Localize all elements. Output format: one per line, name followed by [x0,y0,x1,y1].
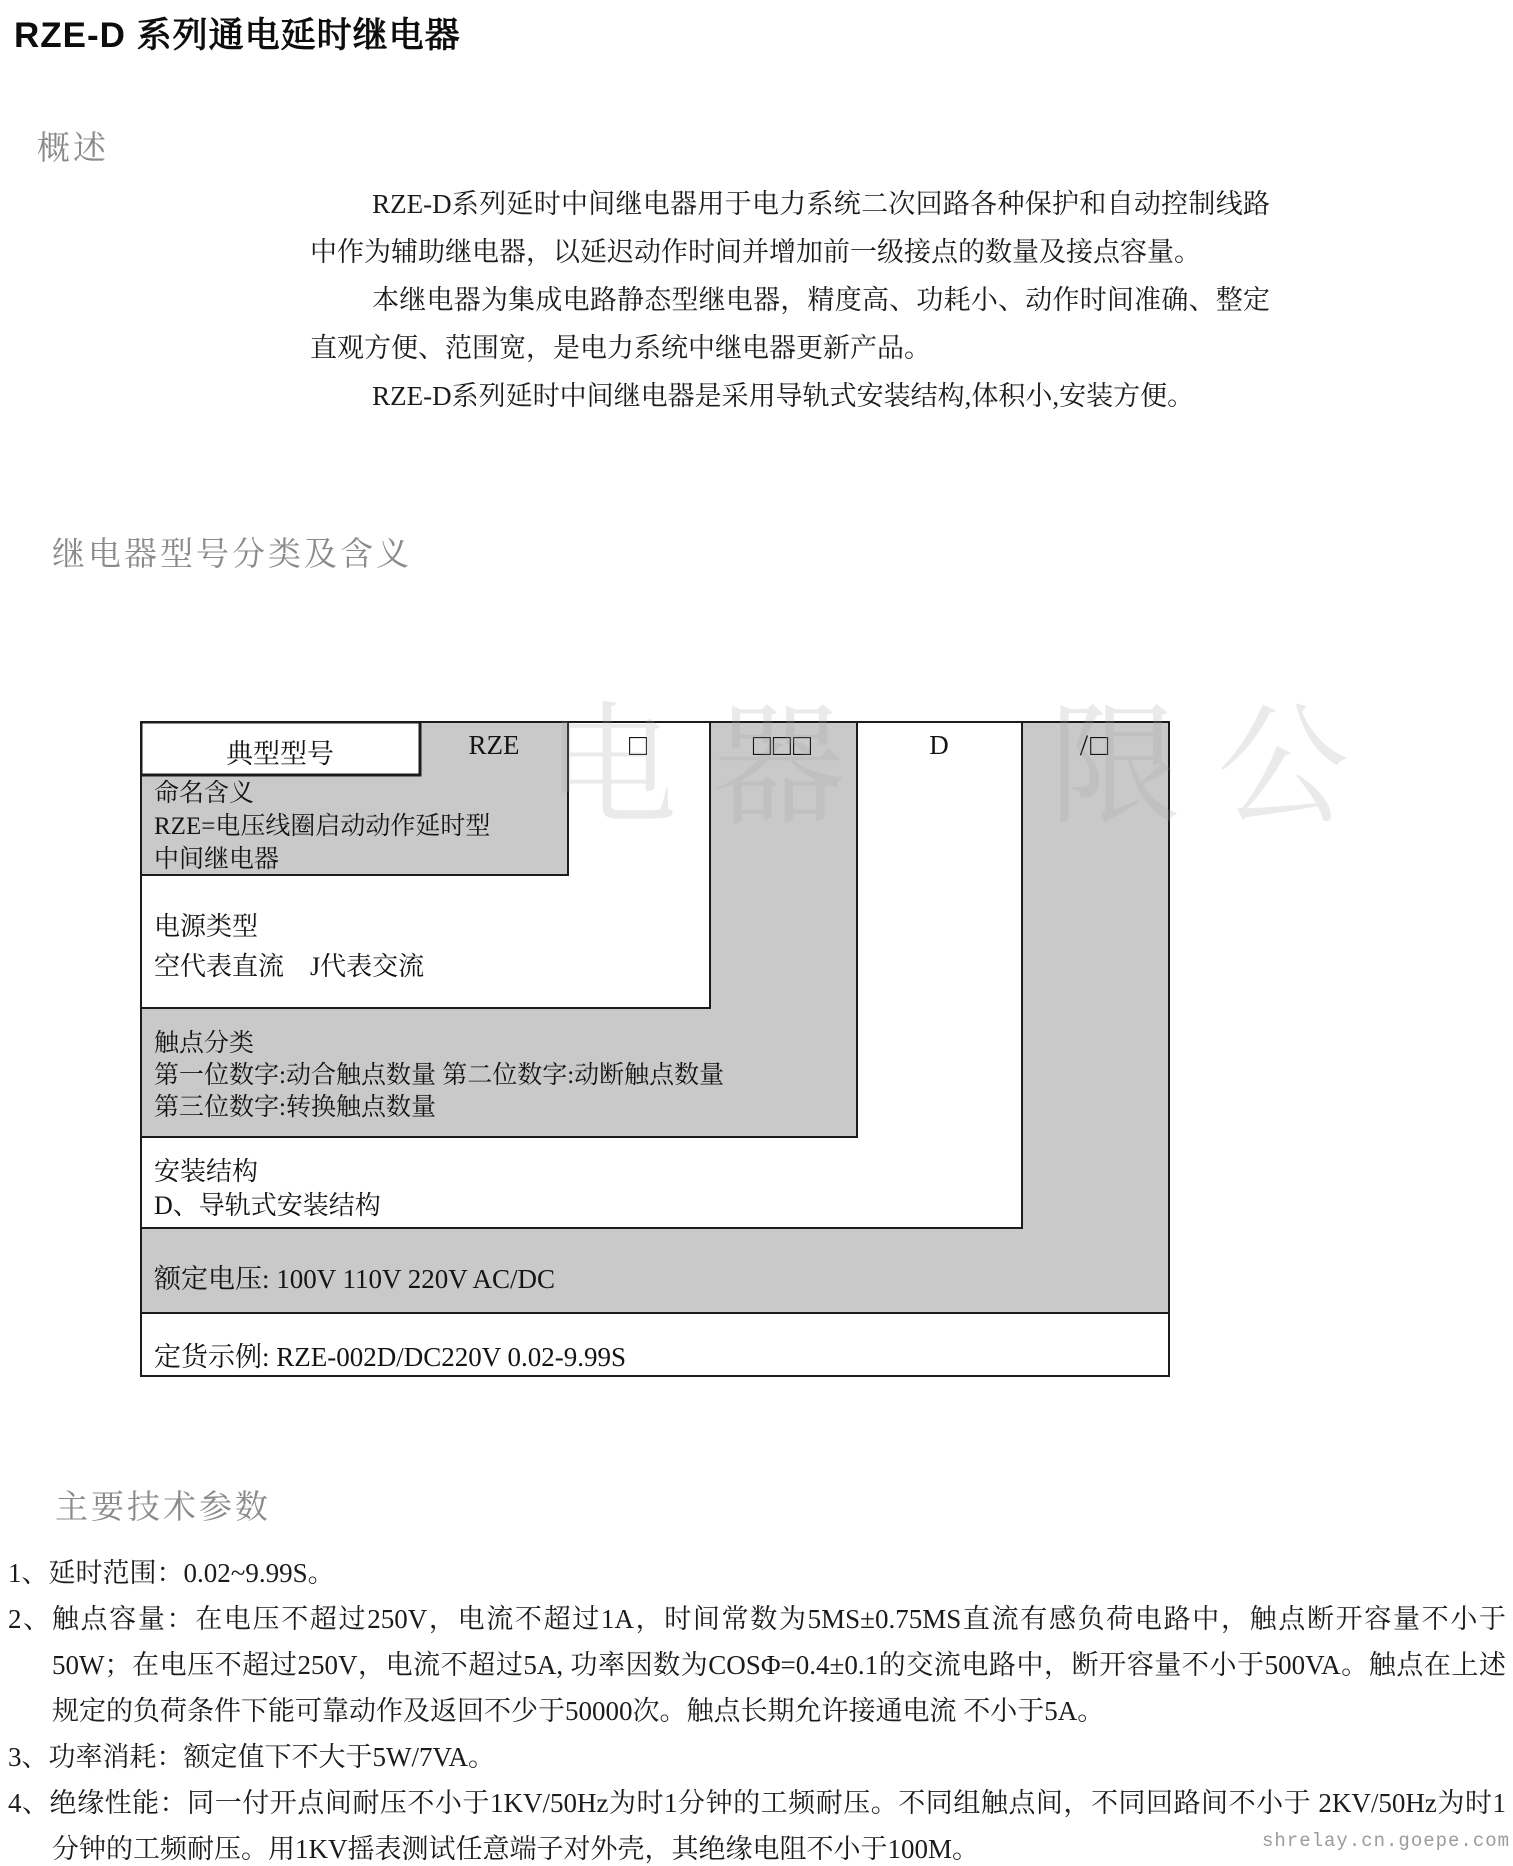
tech-parameters-list: 1、延时范围：0.02~9.99S。 2、触点容量：在电压不超过250V，电流不… [8,1550,1506,1866]
naming-line: 中间继电器 [154,843,490,876]
diagram-block-order-example: 定货示例: RZE-002D/DC220V 0.02-9.99S [154,1335,626,1374]
diagram-block-naming: 命名含义 RZE=电压线圈启动动作延时型 中间继电器 [154,777,490,876]
tech-section-heading: 主要技术参数 [55,1481,271,1528]
diagram-header-mounting-code: D [929,730,949,761]
datasheet-page: RZE-D 系列通电延时继电器 概述 RZE-D系列延时中间继电器用于电力系统二… [0,0,1513,1866]
diagram-header-series-code: RZE [469,730,520,761]
model-number-diagram: 典型型号 RZE □ □□□ D /□ 命名含义 RZE=电压线圈启动动作延时型… [140,721,1170,1378]
tech-parameter-item: 3、功率消耗：额定值下不大于5W/7VA。 [8,1734,1506,1780]
order-example-line: 定货示例: RZE-002D/DC220V 0.02-9.99S [154,1335,626,1374]
diagram-block-power-type: 电源类型 空代表直流 J代表交流 [154,907,424,987]
site-watermark: shrelay.cn.goepe.com [1262,1830,1510,1852]
rated-voltage-line: 额定电压: 100V 110V 220V AC/DC [154,1257,555,1296]
diagram-block-rated-voltage: 额定电压: 100V 110V 220V AC/DC [154,1257,555,1296]
contact-class-line: 第三位数字:转换触点数量 [154,1092,724,1124]
diagram-header-voltage-placeholder: /□ [1080,729,1110,763]
overview-paragraph: RZE-D系列延时中间继电器用于电力系统二次回路各种保护和自动控制线路中作为辅助… [310,180,1270,276]
overview-heading: 概述 [37,122,109,169]
contact-class-line: 第一位数字:动合触点数量 第二位数字:动断触点数量 [154,1060,724,1092]
overview-paragraph: 本继电器为集成电路静态型继电器，精度高、功耗小、动作时间准确、整定直观方便、范围… [310,276,1270,372]
diagram-header-contact-placeholders: □□□ [753,729,813,763]
diagram-header-supply-placeholder: □ [629,729,649,763]
mounting-line: 安装结构 [154,1155,381,1189]
diagram-block-contact-class: 触点分类 第一位数字:动合触点数量 第二位数字:动断触点数量 第三位数字:转换触… [154,1028,724,1124]
page-title: RZE-D 系列通电延时继电器 [14,8,461,58]
naming-line: RZE=电压线圈启动动作延时型 [154,810,490,843]
model-section-heading: 继电器型号分类及含义 [52,528,412,575]
diagram-block-mounting: 安装结构 D、导轨式安装结构 [154,1155,381,1223]
tech-parameter-item: 2、触点容量：在电压不超过250V，电流不超过1A，时间常数为5MS±0.75M… [8,1596,1506,1734]
power-type-line: 空代表直流 J代表交流 [154,947,424,987]
naming-line: 命名含义 [154,777,490,810]
overview-paragraph: RZE-D系列延时中间继电器是采用导轨式安装结构,体积小,安装方便。 [310,372,1270,420]
diagram-header-typical-model: 典型型号 [226,732,334,771]
power-type-line: 电源类型 [154,907,424,947]
tech-parameter-item: 1、延时范围：0.02~9.99S。 [8,1550,1506,1596]
mounting-line: D、导轨式安装结构 [154,1189,381,1223]
contact-class-line: 触点分类 [154,1028,724,1060]
tech-parameter-item: 4、绝缘性能：同一付开点间耐压不小于1KV/50Hz为时1分钟的工频耐压。不同组… [8,1780,1506,1866]
overview-text: RZE-D系列延时中间继电器用于电力系统二次回路各种保护和自动控制线路中作为辅助… [310,180,1270,420]
